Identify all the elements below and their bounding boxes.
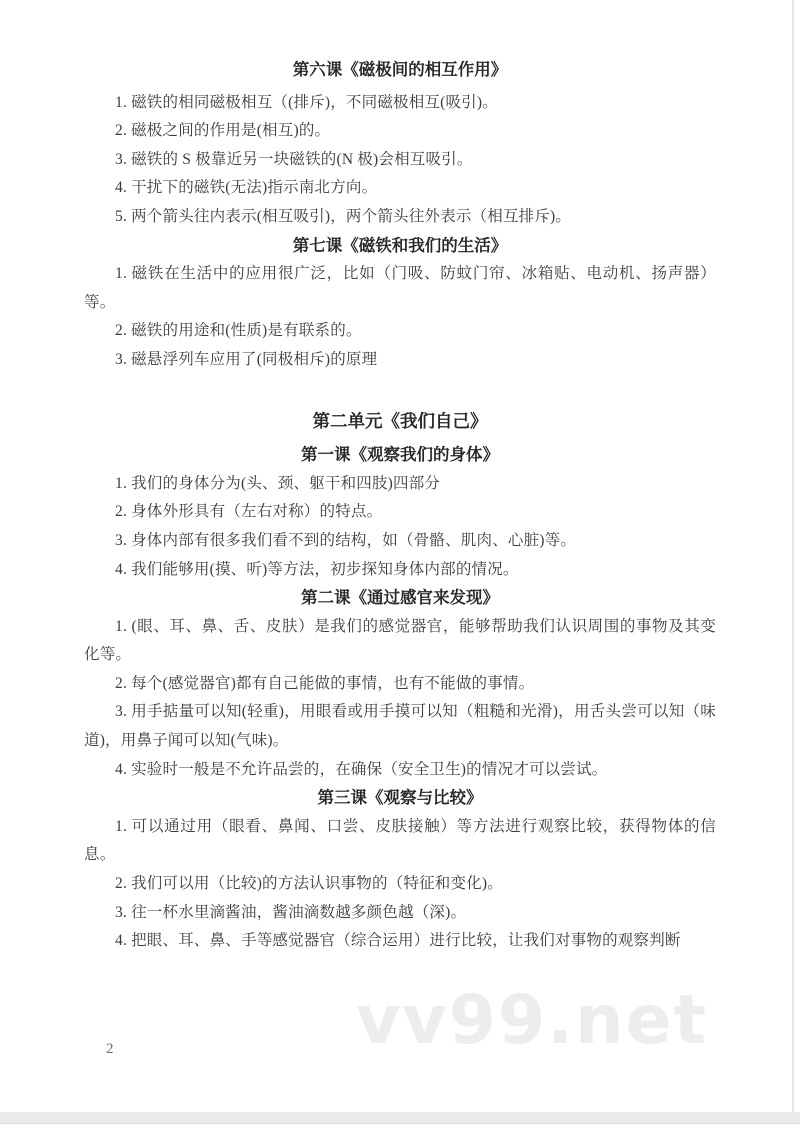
list-item: 3. 用手掂量可以知(轻重)，用眼看或用手摸可以知（粗糙和光滑)，用舌头尝可以知…	[84, 698, 716, 755]
page-right-edge	[792, 0, 794, 1112]
unit2-lesson2-heading: 第二课《通过感官来发现》	[84, 584, 716, 613]
list-item: 4. 干扰下的磁铁(无法)指示南北方向。	[84, 174, 716, 203]
list-item: 2. 身体外形具有（左右对称）的特点。	[84, 498, 716, 527]
list-item: 4. 把眼、耳、鼻、手等感觉器官（综合运用）进行比较，让我们对事物的观察判断	[84, 927, 716, 956]
watermark: vv99.net	[356, 984, 708, 1059]
list-item: 2. 每个(感觉器官)都有自己能做的事情，也有不能做的事情。	[84, 670, 716, 699]
unit2-lesson3-heading: 第三课《观察与比较》	[84, 784, 716, 813]
list-item: 1. 磁铁的相同磁极相互（(排斥)，不同磁极相互(吸引)。	[84, 89, 716, 118]
list-item: 5. 两个箭头往内表示(相互吸引)，两个箭头往外表示（相互排斥)。	[84, 203, 716, 232]
list-item: 2. 我们可以用（比较)的方法认识事物的（特征和变化)。	[84, 870, 716, 899]
list-item: 1. (眼、耳、鼻、舌、皮肤）是我们的感觉器官，能够帮助我们认识周围的事物及其变…	[84, 613, 716, 670]
list-item: 3. 往一杯水里滴酱油，酱油滴数越多颜色越（深)。	[84, 899, 716, 928]
list-item: 4. 实验时一般是不允许品尝的，在确保（安全卫生)的情况才可以尝试。	[84, 756, 716, 785]
scanned-document-page: 第六课《磁极间的相互作用》 1. 磁铁的相同磁极相互（(排斥)，不同磁极相互(吸…	[0, 0, 800, 1137]
list-item: 3. 磁悬浮列车应用了(同极相斥)的原理	[84, 346, 716, 375]
lesson6-heading: 第六课《磁极间的相互作用》	[84, 56, 716, 85]
list-item: 1. 磁铁在生活中的应用很广泛，比如（门吸、防蚊门帘、冰箱贴、电动机、扬声器）等…	[84, 260, 716, 317]
page-content: 第六课《磁极间的相互作用》 1. 磁铁的相同磁极相互（(排斥)，不同磁极相互(吸…	[84, 56, 716, 956]
list-item: 3. 身体内部有很多我们看不到的结构，如（骨骼、肌肉、心脏)等。	[84, 527, 716, 556]
unit2-heading: 第二单元《我们自己》	[84, 407, 716, 436]
list-item: 3. 磁铁的 S 极靠近另一块磁铁的(N 极)会相互吸引。	[84, 146, 716, 175]
page-separator	[0, 1112, 800, 1124]
list-item: 2. 磁铁的用途和(性质)是有联系的。	[84, 317, 716, 346]
list-item: 1. 我们的身体分为(头、颈、躯干和四肢)四部分	[84, 470, 716, 499]
lesson7-heading: 第七课《磁铁和我们的生活》	[84, 232, 716, 261]
page-number: 2	[106, 1041, 114, 1058]
list-item: 2. 磁极之间的作用是(相互)的。	[84, 117, 716, 146]
list-item: 1. 可以通过用（眼看、鼻闻、口尝、皮肤接触）等方法进行观察比较，获得物体的信息…	[84, 813, 716, 870]
unit2-lesson1-heading: 第一课《观察我们的身体》	[84, 441, 716, 470]
list-item: 4. 我们能够用(摸、听)等方法，初步探知身体内部的情况。	[84, 556, 716, 585]
